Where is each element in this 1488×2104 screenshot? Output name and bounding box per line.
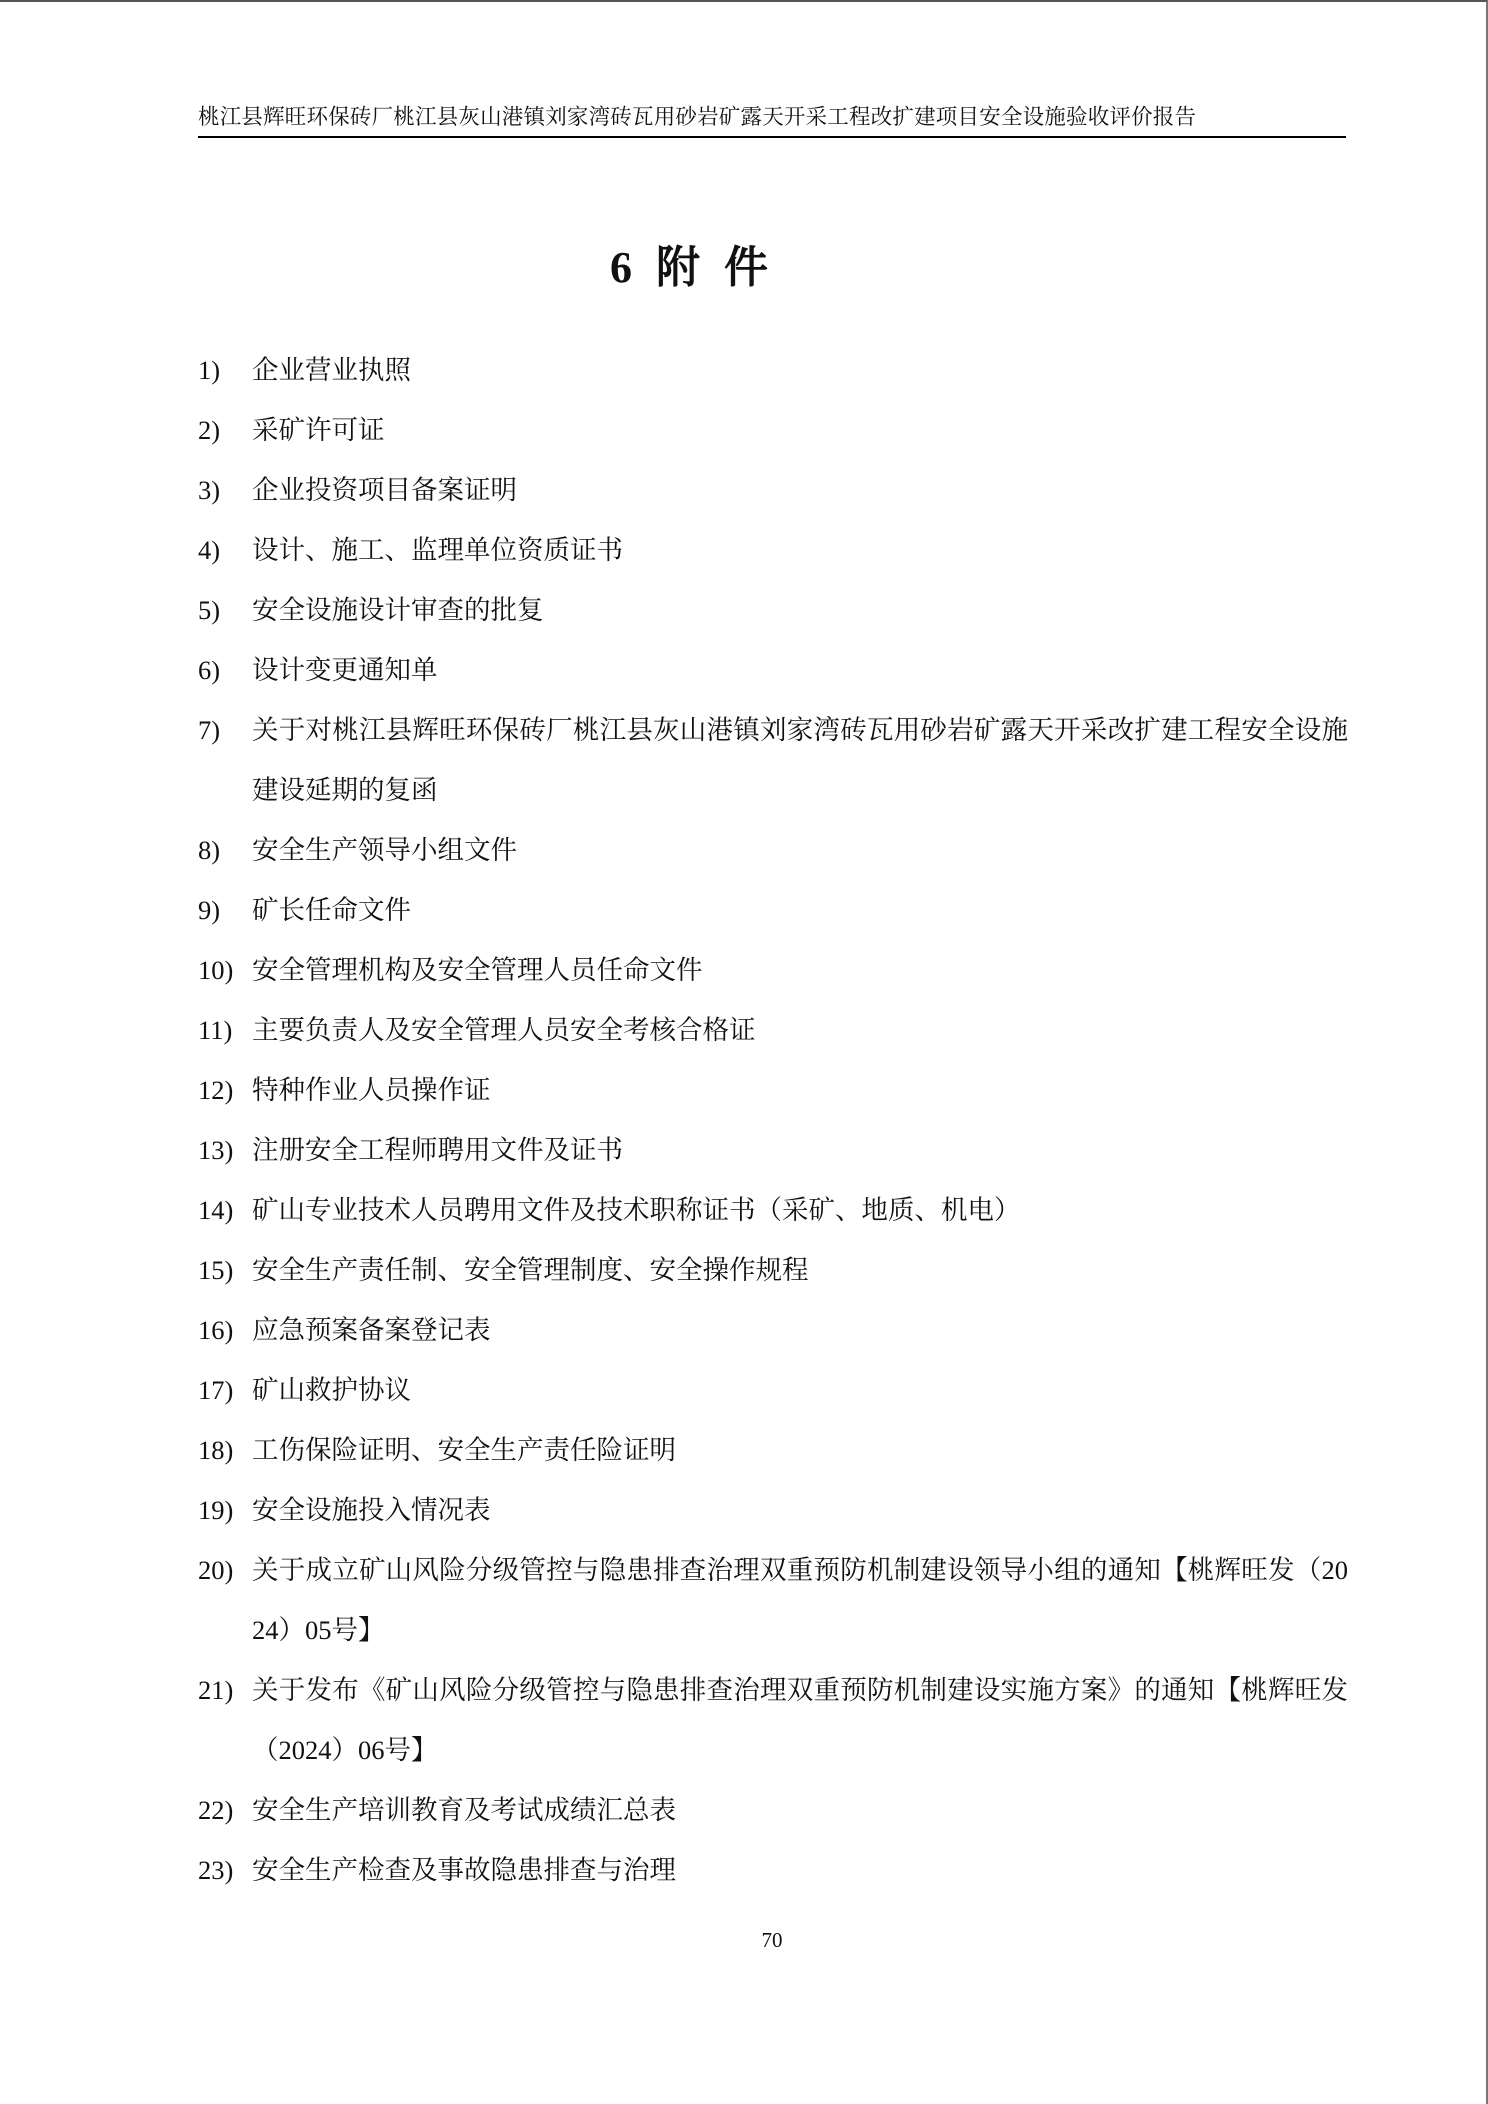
item-number: 8)	[198, 820, 252, 880]
item-number: 18)	[198, 1420, 252, 1480]
page-number: 70	[0, 1926, 1488, 1954]
list-item: 13)注册安全工程师聘用文件及证书	[198, 1120, 1348, 1180]
list-item: 20)关于成立矿山风险分级管控与隐患排查治理双重预防机制建设领导小组的通知【桃辉…	[198, 1540, 1348, 1660]
list-item: 18)工伤保险证明、安全生产责任险证明	[198, 1420, 1348, 1480]
item-text: 关于发布《矿山风险分级管控与隐患排查治理双重预防机制建设实施方案》的通知【桃辉旺…	[252, 1660, 1348, 1780]
item-text: 应急预案备案登记表	[252, 1300, 1348, 1360]
item-number: 13)	[198, 1120, 252, 1180]
item-number: 11)	[198, 1000, 252, 1060]
item-text: 特种作业人员操作证	[252, 1060, 1348, 1120]
list-item: 23)安全生产检查及事故隐患排查与治理	[198, 1840, 1348, 1900]
list-item: 14)矿山专业技术人员聘用文件及技术职称证书（采矿、地质、机电）	[198, 1180, 1348, 1240]
item-text: 设计变更通知单	[252, 640, 1348, 700]
list-item: 16)应急预案备案登记表	[198, 1300, 1348, 1360]
item-number: 3)	[198, 460, 252, 520]
item-number: 20)	[198, 1540, 252, 1600]
item-text: 安全生产责任制、安全管理制度、安全操作规程	[252, 1240, 1348, 1300]
item-text: 主要负责人及安全管理人员安全考核合格证	[252, 1000, 1348, 1060]
section-title: 6附件	[0, 240, 1380, 296]
item-text: 注册安全工程师聘用文件及证书	[252, 1120, 1348, 1180]
item-text: 企业投资项目备案证明	[252, 460, 1348, 520]
list-item: 5)安全设施设计审查的批复	[198, 580, 1348, 640]
item-number: 16)	[198, 1300, 252, 1360]
item-text: 工伤保险证明、安全生产责任险证明	[252, 1420, 1348, 1480]
item-number: 5)	[198, 580, 252, 640]
item-text: 安全设施设计审查的批复	[252, 580, 1348, 640]
section-number: 6	[610, 243, 634, 292]
list-item: 12)特种作业人员操作证	[198, 1060, 1348, 1120]
item-text: 安全生产培训教育及考试成绩汇总表	[252, 1780, 1348, 1840]
list-item: 3)企业投资项目备案证明	[198, 460, 1348, 520]
running-header: 桃江县辉旺环保砖厂桃江县灰山港镇刘家湾砖瓦用砂岩矿露天开采工程改扩建项目安全设施…	[198, 103, 1346, 131]
item-number: 15)	[198, 1240, 252, 1300]
list-item: 19)安全设施投入情况表	[198, 1480, 1348, 1540]
item-text: 企业营业执照	[252, 340, 1348, 400]
item-number: 12)	[198, 1060, 252, 1120]
item-text: 关于对桃江县辉旺环保砖厂桃江县灰山港镇刘家湾砖瓦用砂岩矿露天开采改扩建工程安全设…	[252, 700, 1348, 820]
list-item: 7)关于对桃江县辉旺环保砖厂桃江县灰山港镇刘家湾砖瓦用砂岩矿露天开采改扩建工程安…	[198, 700, 1348, 820]
item-text: 安全管理机构及安全管理人员任命文件	[252, 940, 1348, 1000]
header-rule	[198, 136, 1346, 138]
item-number: 9)	[198, 880, 252, 940]
list-item: 21)关于发布《矿山风险分级管控与隐患排查治理双重预防机制建设实施方案》的通知【…	[198, 1660, 1348, 1780]
list-item: 1)企业营业执照	[198, 340, 1348, 400]
item-number: 21)	[198, 1660, 252, 1720]
item-text: 矿山救护协议	[252, 1360, 1348, 1420]
list-item: 9)矿长任命文件	[198, 880, 1348, 940]
list-item: 8)安全生产领导小组文件	[198, 820, 1348, 880]
item-text: 矿山专业技术人员聘用文件及技术职称证书（采矿、地质、机电）	[252, 1180, 1348, 1240]
list-item: 10)安全管理机构及安全管理人员任命文件	[198, 940, 1348, 1000]
item-text: 安全生产领导小组文件	[252, 820, 1348, 880]
list-item: 11)主要负责人及安全管理人员安全考核合格证	[198, 1000, 1348, 1060]
item-number: 19)	[198, 1480, 252, 1540]
list-item: 15)安全生产责任制、安全管理制度、安全操作规程	[198, 1240, 1348, 1300]
item-text: 安全设施投入情况表	[252, 1480, 1348, 1540]
list-item: 17)矿山救护协议	[198, 1360, 1348, 1420]
item-number: 14)	[198, 1180, 252, 1240]
item-number: 22)	[198, 1780, 252, 1840]
section-title-part2: 件	[724, 243, 770, 292]
item-text: 安全生产检查及事故隐患排查与治理	[252, 1840, 1348, 1900]
item-number: 17)	[198, 1360, 252, 1420]
item-text: 采矿许可证	[252, 400, 1348, 460]
list-item: 6)设计变更通知单	[198, 640, 1348, 700]
item-text: 设计、施工、监理单位资质证书	[252, 520, 1348, 580]
item-number: 23)	[198, 1840, 252, 1900]
list-item: 22)安全生产培训教育及考试成绩汇总表	[198, 1780, 1348, 1840]
attachment-list: 1)企业营业执照 2)采矿许可证 3)企业投资项目备案证明 4)设计、施工、监理…	[198, 340, 1348, 1900]
item-number: 4)	[198, 520, 252, 580]
item-number: 7)	[198, 700, 252, 760]
item-number: 10)	[198, 940, 252, 1000]
item-number: 6)	[198, 640, 252, 700]
item-number: 1)	[198, 340, 252, 400]
section-title-part1: 附	[656, 243, 702, 292]
item-number: 2)	[198, 400, 252, 460]
list-item: 2)采矿许可证	[198, 400, 1348, 460]
item-text: 关于成立矿山风险分级管控与隐患排查治理双重预防机制建设领导小组的通知【桃辉旺发（…	[252, 1540, 1348, 1660]
item-text: 矿长任命文件	[252, 880, 1348, 940]
list-item: 4)设计、施工、监理单位资质证书	[198, 520, 1348, 580]
